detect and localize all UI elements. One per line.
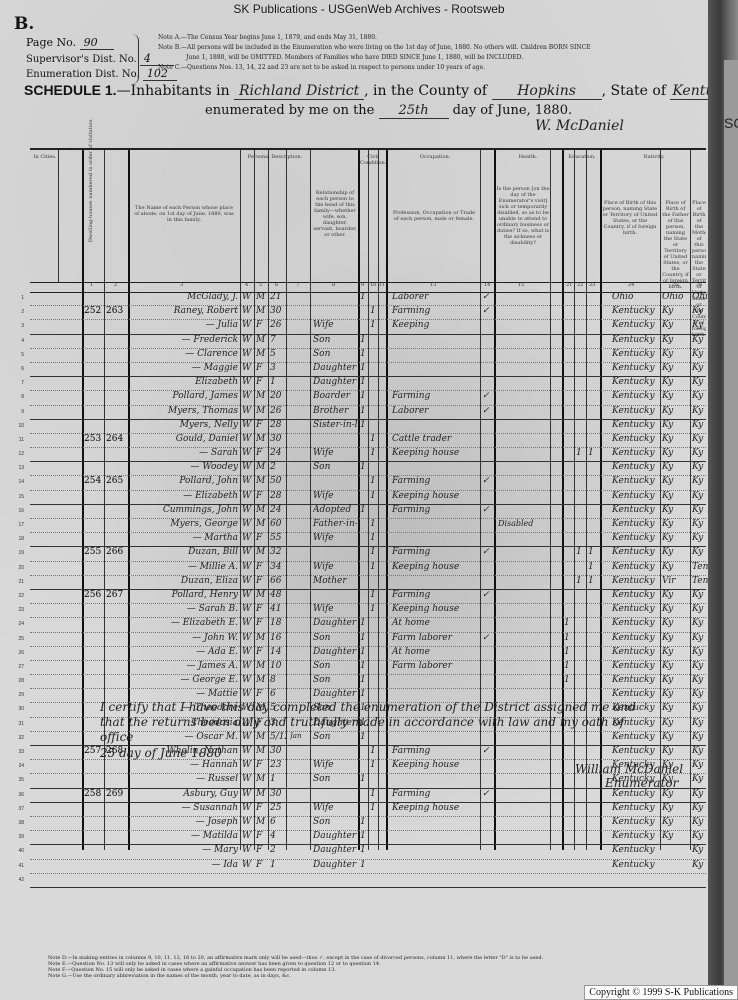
- district-name: Richland District: [234, 83, 364, 100]
- table-row: 9Myers, ThomasWM26Brother1Laborer✓Kentuc…: [30, 406, 706, 420]
- table-row: 39— MatildaWF4Daughter1KentuckyKyKy: [30, 831, 706, 845]
- family-number: 264: [106, 434, 126, 444]
- father-birthplace: Ky: [662, 363, 690, 373]
- table-row: 19255266Duzan, BillWM321Farming✓11Kentuc…: [30, 547, 706, 561]
- married-mark: 1: [370, 320, 378, 330]
- father-birthplace: Ky: [662, 448, 690, 458]
- color: W: [242, 746, 254, 756]
- relationship: Son: [313, 462, 357, 472]
- enumeration-date: enumerated by me on the 25th day of June…: [205, 103, 572, 119]
- age: 60: [270, 519, 286, 529]
- sex: F: [256, 831, 268, 841]
- color: W: [242, 420, 254, 430]
- header-personal: Personal Description.: [242, 154, 308, 160]
- father-birthplace: Ky: [662, 434, 690, 444]
- sex: M: [256, 817, 268, 827]
- line-number: 20: [6, 565, 24, 571]
- age: 8: [270, 675, 286, 685]
- person-name: Elizabeth: [130, 377, 242, 387]
- table-row: 17Myers, GeorgeWM60Father-in-law1Disable…: [30, 519, 706, 533]
- table-row: 28— George E.WM8Son11KentuckyKyKy: [30, 675, 706, 689]
- color: W: [242, 803, 254, 813]
- sex: F: [256, 420, 268, 430]
- dwelling-number: 252: [84, 306, 104, 316]
- person-name: — Elizabeth E.: [130, 618, 242, 628]
- table-row: 13— WoodeyWM2Son1KentuckyKyKy: [30, 462, 706, 476]
- age: 24: [270, 505, 286, 515]
- single-mark: 1: [360, 675, 368, 685]
- table-row: 5— ClarenceWM5Son1KentuckyKyKy: [30, 349, 706, 363]
- occupation: Keeping: [386, 320, 484, 330]
- age: 30: [270, 306, 286, 316]
- family-number: 269: [106, 789, 126, 799]
- occupation: At home: [386, 618, 484, 628]
- married-mark: 1: [370, 760, 378, 770]
- color: W: [242, 505, 254, 515]
- sex: M: [256, 335, 268, 345]
- age: 21: [270, 292, 286, 302]
- person-name: Pollard, John: [130, 476, 242, 486]
- married-mark: 1: [370, 547, 378, 557]
- relationship: Wife: [313, 448, 357, 458]
- enumerator-signature: W. McDaniel: [535, 118, 624, 134]
- father-birthplace: Ky: [662, 604, 690, 614]
- father-birthplace: Ky: [662, 803, 690, 813]
- person-name: — Frederick: [130, 335, 242, 345]
- sex: F: [256, 647, 268, 657]
- line-number: 19: [6, 550, 24, 556]
- age: 28: [270, 491, 286, 501]
- line-number: 25: [6, 636, 24, 642]
- relationship: Boarder: [313, 391, 357, 401]
- sex: F: [256, 363, 268, 373]
- family-number: 267: [106, 590, 126, 600]
- school-mark: 1: [564, 661, 572, 671]
- relationship: Wife: [313, 760, 357, 770]
- line-number: 41: [6, 863, 24, 869]
- sex: M: [256, 434, 268, 444]
- occupation: Keeping house: [386, 803, 484, 813]
- sex: F: [256, 689, 268, 699]
- table-row: 4— FrederickWM7Son1KentuckyKyKy: [30, 335, 706, 349]
- color: W: [242, 562, 254, 572]
- header-name: The Name of each Person whose place of a…: [134, 205, 234, 223]
- sex: F: [256, 803, 268, 813]
- sex: M: [256, 746, 268, 756]
- relationship: Daughter: [313, 363, 357, 373]
- father-birthplace: Ky: [662, 519, 690, 529]
- census-rows: 1McGlady, J.WM211Laborer✓OhioOhioOhio225…: [30, 292, 706, 888]
- father-birthplace: Ky: [662, 689, 690, 699]
- age: 16: [270, 633, 286, 643]
- age: 1: [270, 377, 286, 387]
- relationship: Sister-in-law: [313, 420, 357, 430]
- married-mark: 1: [370, 306, 378, 316]
- person-name: — John W.: [130, 633, 242, 643]
- age: 6: [270, 817, 286, 827]
- father-birthplace: Ky: [662, 306, 690, 316]
- dwelling-number: 253: [84, 434, 104, 444]
- father-birthplace: Ky: [662, 391, 690, 401]
- color: W: [242, 335, 254, 345]
- cannot-write-mark: 1: [588, 448, 596, 458]
- single-mark: 1: [360, 689, 368, 699]
- line-number: 8: [6, 394, 24, 400]
- table-row: 15— ElizabethWF28Wife1Keeping houseKentu…: [30, 491, 706, 505]
- sex: M: [256, 391, 268, 401]
- table-row: 6— MaggieWF3Daughter1KentuckyKyKy: [30, 363, 706, 377]
- father-birthplace: Ky: [662, 533, 690, 543]
- certification-date: 25 day of June 1880: [100, 746, 222, 760]
- footnotes: Note D.—In making entries in columns 9, …: [48, 955, 568, 979]
- age: 6: [270, 689, 286, 699]
- color: W: [242, 647, 254, 657]
- table-row: 21Duzan, ElizaWF66Mother11KentuckyVirTen…: [30, 576, 706, 590]
- father-birthplace: Ky: [662, 647, 690, 657]
- person-name: — Joseph: [130, 817, 242, 827]
- unemployed-mark: ✓: [482, 292, 492, 302]
- father-birthplace: Ky: [662, 547, 690, 557]
- sex: M: [256, 774, 268, 784]
- age: 30: [270, 746, 286, 756]
- table-row: 16Cummings, JohnWM24Adopted1Farming✓Kent…: [30, 505, 706, 519]
- color: W: [242, 618, 254, 628]
- relationship: Son: [313, 633, 357, 643]
- line-number: 5: [6, 352, 24, 358]
- relationship: Son: [313, 675, 357, 685]
- person-name: Raney, Robert: [130, 306, 242, 316]
- occupation: Farming: [386, 391, 484, 401]
- occupation: Farm laborer: [386, 661, 484, 671]
- single-mark: 1: [360, 406, 368, 416]
- person-name: — Ada E.: [130, 647, 242, 657]
- unemployed-mark: ✓: [482, 476, 492, 486]
- header-occupation-group: Occupation.: [390, 154, 480, 160]
- watermark: SK Publications - USGenWeb Archives - Ro…: [0, 2, 738, 16]
- occupation: Farming: [386, 505, 484, 515]
- sex: F: [256, 448, 268, 458]
- single-mark: 1: [360, 774, 368, 784]
- page-number-value: 90: [80, 36, 114, 50]
- occupation: Farming: [386, 476, 484, 486]
- unemployed-mark: ✓: [482, 789, 492, 799]
- person-name: — Mary: [130, 845, 242, 855]
- age: 48: [270, 590, 286, 600]
- color: W: [242, 320, 254, 330]
- sex: M: [256, 462, 268, 472]
- table-row: 8Pollard, JamesWM20Boarder1Farming✓Kentu…: [30, 391, 706, 405]
- single-mark: 1: [360, 817, 368, 827]
- single-mark: 1: [360, 462, 368, 472]
- age: 2: [270, 845, 286, 855]
- table-header: In Cities. Dwelling-houses numbered in o…: [30, 150, 706, 283]
- married-mark: 1: [370, 789, 378, 799]
- table-row: 41— IdaWF1Daughter1KentuckyKy: [30, 860, 706, 874]
- sex: F: [256, 860, 268, 870]
- married-mark: 1: [370, 476, 378, 486]
- single-mark: 1: [360, 377, 368, 387]
- age: 26: [270, 406, 286, 416]
- relationship: Wife: [313, 533, 357, 543]
- sex: M: [256, 476, 268, 486]
- age: 34: [270, 562, 286, 572]
- relationship: Mother: [313, 576, 357, 586]
- father-birthplace: Ky: [662, 661, 690, 671]
- person-name: Duzan, Bill: [130, 547, 242, 557]
- header-sick: Is the person [on the day of the Enumera…: [496, 186, 550, 246]
- father-birthplace: Ky: [662, 505, 690, 515]
- color: W: [242, 533, 254, 543]
- relationship: Brother: [313, 406, 357, 416]
- color: W: [242, 434, 254, 444]
- person-name: — Hannah: [130, 760, 242, 770]
- line-number: 29: [6, 692, 24, 698]
- table-row: 42: [30, 874, 706, 888]
- dwelling-number: 256: [84, 590, 104, 600]
- father-birthplace: Ky: [662, 633, 690, 643]
- person-name: Myers, George: [130, 519, 242, 529]
- sex: F: [256, 845, 268, 855]
- color: W: [242, 391, 254, 401]
- married-mark: 1: [370, 590, 378, 600]
- relationship: Wife: [313, 562, 357, 572]
- age: 55: [270, 533, 286, 543]
- occupation: Farming: [386, 306, 484, 316]
- header-occupation: Profession, Occupation or Trade of each …: [390, 210, 478, 222]
- age: 4: [270, 831, 286, 841]
- line-number: 2: [6, 309, 24, 315]
- single-mark: 1: [360, 349, 368, 359]
- color: W: [242, 661, 254, 671]
- line-number: 39: [6, 834, 24, 840]
- table-row: 7ElizabethWF1Daughter1KentuckyKyKy: [30, 377, 706, 391]
- color: W: [242, 760, 254, 770]
- birthplace: Kentucky: [606, 860, 672, 870]
- single-mark: 1: [360, 505, 368, 515]
- line-number: 31: [6, 721, 24, 727]
- next-page-edge: SCH: [724, 60, 738, 1000]
- dwelling-number: 255: [84, 547, 104, 557]
- occupation: Farming: [386, 590, 484, 600]
- father-birthplace: Ky: [662, 462, 690, 472]
- enumeration-district: Enumeration Dist. No. 102: [26, 67, 177, 81]
- line-number: 4: [6, 338, 24, 344]
- color: W: [242, 590, 254, 600]
- line-number: 40: [6, 848, 24, 854]
- single-mark: 1: [360, 845, 368, 855]
- single-mark: 1: [360, 633, 368, 643]
- family-number: 266: [106, 547, 126, 557]
- father-birthplace: Ky: [662, 377, 690, 387]
- relationship: Wife: [313, 604, 357, 614]
- census-page: B. Page No. 90 Supervisor's Dist. No. 4 …: [0, 0, 712, 1000]
- father-birthplace: Ky: [662, 789, 690, 799]
- table-row: 25— John W.WM16Son1Farm laborer✓1Kentuck…: [30, 633, 706, 647]
- father-birthplace: Ky: [662, 406, 690, 416]
- sex: M: [256, 547, 268, 557]
- color: W: [242, 406, 254, 416]
- father-birthplace: Ky: [662, 420, 690, 430]
- occupation: Farm laborer: [386, 633, 484, 643]
- relationship: Daughter: [313, 831, 357, 841]
- age: 5: [270, 349, 286, 359]
- relationship: Wife: [313, 803, 357, 813]
- occupation: Keeping house: [386, 760, 484, 770]
- line-number: 10: [6, 423, 24, 429]
- sex: F: [256, 533, 268, 543]
- line-number: 24: [6, 621, 24, 627]
- header-father-birth: Place of Birth of the Father of this per…: [662, 200, 689, 290]
- line-number: 1: [6, 295, 24, 301]
- relationship: Daughter: [313, 860, 357, 870]
- unemployed-mark: ✓: [482, 547, 492, 557]
- married-mark: 1: [370, 746, 378, 756]
- header-health: Health.: [496, 154, 560, 160]
- cannot-read-mark: 1: [576, 576, 584, 586]
- line-number: 16: [6, 508, 24, 514]
- age: 18: [270, 618, 286, 628]
- occupation: Laborer: [386, 292, 484, 302]
- color: W: [242, 491, 254, 501]
- copyright-notice: Copyright © 1999 S-K Publications: [584, 985, 738, 1000]
- family-number: 265: [106, 476, 126, 486]
- relationship: Daughter: [313, 845, 357, 855]
- sex: M: [256, 505, 268, 515]
- person-name: — Woodey: [130, 462, 242, 472]
- single-mark: 1: [360, 860, 368, 870]
- cannot-write-mark: 1: [588, 562, 596, 572]
- sex: M: [256, 292, 268, 302]
- occupation: Keeping house: [386, 562, 484, 572]
- table-row: 14254265Pollard, JohnWM501Farming✓Kentuc…: [30, 476, 706, 490]
- father-birthplace: Ky: [662, 675, 690, 685]
- person-name: — George E.: [130, 675, 242, 685]
- color: W: [242, 349, 254, 359]
- sex: F: [256, 618, 268, 628]
- birthplace: Kentucky: [606, 845, 672, 855]
- age: 26: [270, 320, 286, 330]
- relationship: Son: [313, 349, 357, 359]
- table-row: 26— Ada E.WF14Daughter1At home1KentuckyK…: [30, 647, 706, 661]
- person-name: — Clarence: [130, 349, 242, 359]
- occupation: Farming: [386, 789, 484, 799]
- page-number: Page No. 90: [26, 36, 114, 50]
- instruction-notes: Note A.—The Census Year begins June 1, 1…: [158, 33, 678, 73]
- color: W: [242, 604, 254, 614]
- relationship: Son: [313, 335, 357, 345]
- father-birthplace: Ky: [662, 746, 690, 756]
- line-number: 32: [6, 735, 24, 741]
- person-name: — Julia: [130, 320, 242, 330]
- color: W: [242, 633, 254, 643]
- line-number: 42: [6, 877, 24, 883]
- age: 1: [270, 774, 286, 784]
- color: W: [242, 831, 254, 841]
- line-number: 3: [6, 323, 24, 329]
- age: 24: [270, 448, 286, 458]
- schedule-title: SCHEDULE 1.—Inhabitants in Richland Dist…: [24, 82, 738, 100]
- relationship: Daughter: [313, 618, 357, 628]
- certification-text: I certify that I have this day completed…: [100, 700, 660, 745]
- father-birthplace: Ky: [662, 491, 690, 501]
- table-row: 1McGlady, J.WM211Laborer✓OhioOhioOhio: [30, 292, 706, 306]
- married-mark: 1: [370, 491, 378, 501]
- married-mark: 1: [370, 519, 378, 529]
- line-number: 30: [6, 706, 24, 712]
- line-number: 27: [6, 664, 24, 670]
- table-row: 12— SarahWF24Wife1Keeping house11Kentuck…: [30, 448, 706, 462]
- father-birthplace: Ky: [662, 703, 690, 713]
- line-number: 38: [6, 820, 24, 826]
- relationship: Daughter: [313, 689, 357, 699]
- header-in-cities: In Cities.: [32, 154, 58, 160]
- color: W: [242, 845, 254, 855]
- table-row: 23— Sarah B.WF41Wife1Keeping houseKentuc…: [30, 604, 706, 618]
- sex: M: [256, 789, 268, 799]
- cannot-write-mark: 1: [588, 576, 596, 586]
- table-row: 24— Elizabeth E.WF18Daughter1At home1Ken…: [30, 618, 706, 632]
- line-number: 17: [6, 522, 24, 528]
- single-mark: 1: [360, 420, 368, 430]
- father-birthplace: Ky: [662, 320, 690, 330]
- person-name: — Maggie: [130, 363, 242, 373]
- table-row: 11253264Gould, DanielWM301Cattle traderK…: [30, 434, 706, 448]
- color: W: [242, 789, 254, 799]
- sickness: Disabled: [498, 519, 558, 528]
- sex: F: [256, 760, 268, 770]
- line-number: 9: [6, 409, 24, 415]
- single-mark: 1: [360, 831, 368, 841]
- age: 7: [270, 335, 286, 345]
- unemployed-mark: ✓: [482, 505, 492, 515]
- sex: F: [256, 377, 268, 387]
- color: W: [242, 363, 254, 373]
- occupation: Farming: [386, 746, 484, 756]
- table-row: 2252263Raney, RobertWM301Farming✓Kentuck…: [30, 306, 706, 320]
- age: 30: [270, 789, 286, 799]
- occupation: Keeping house: [386, 604, 484, 614]
- single-mark: 1: [360, 391, 368, 401]
- line-number: 26: [6, 650, 24, 656]
- age: 2: [270, 462, 286, 472]
- person-name: Myers, Thomas: [130, 406, 242, 416]
- father-birthplace: Ky: [662, 590, 690, 600]
- color: W: [242, 448, 254, 458]
- line-number: 14: [6, 479, 24, 485]
- color: W: [242, 462, 254, 472]
- school-mark: 1: [564, 633, 572, 643]
- line-number: 6: [6, 366, 24, 372]
- brace-divider: [132, 34, 139, 84]
- unemployed-mark: ✓: [482, 406, 492, 416]
- sex: F: [256, 562, 268, 572]
- age: 28: [270, 420, 286, 430]
- table-row: 3— JuliaWF26Wife1KeepingKentuckyKyKy: [30, 320, 706, 334]
- relationship: Son: [313, 774, 357, 784]
- occupation: At home: [386, 647, 484, 657]
- age: 41: [270, 604, 286, 614]
- line-number: 36: [6, 792, 24, 798]
- line-number: 34: [6, 763, 24, 769]
- person-name: — Martha: [130, 533, 242, 543]
- line-number: 7: [6, 380, 24, 386]
- relationship: Son: [313, 661, 357, 671]
- header-relationship: Relationship of each person to the head …: [313, 190, 357, 238]
- table-row: 40— MaryWF2Daughter1KentuckyKy: [30, 845, 706, 859]
- person-name: Asbury, Guy: [130, 789, 242, 799]
- line-number: 28: [6, 678, 24, 684]
- person-name: — Millie A.: [130, 562, 242, 572]
